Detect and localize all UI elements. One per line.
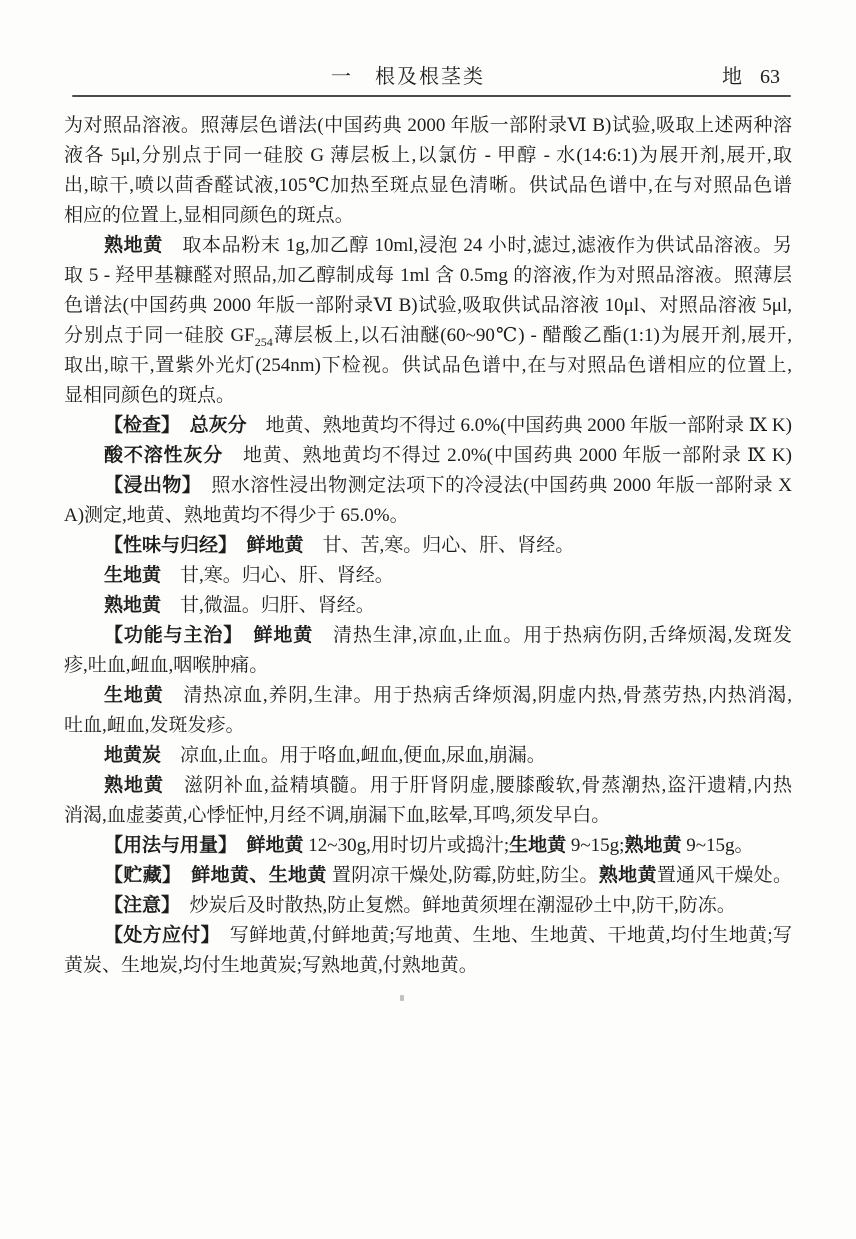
bold-text-segment: 【用法与用量】 [104,835,228,856]
text-line: 相应的位置上,显相同颜色的斑点。 [64,201,792,231]
text-line: 疹,吐血,衄血,咽喉肿痛。 [64,651,792,681]
text-segment: 甘,微温。归肝、肾经。 [161,595,375,616]
header-rule [72,95,791,97]
text-segment: 滋阴补血,益精填髓。用于肝肾阴虚,腰膝酸软,骨蒸潮热,盗汗遗精,内热 [164,775,792,796]
text-body: 为对照品溶液。照薄层色谱法(中国药典 2000 年版一部附录Ⅵ B)试验,吸取上… [64,111,792,981]
bold-text-segment: 【注意】 [104,895,171,916]
text-line: 为对照品溶液。照薄层色谱法(中国药典 2000 年版一部附录Ⅵ B)试验,吸取上… [64,111,792,141]
text-line: 液各 5μl,分别点于同一硅胶 G 薄层板上,以氯仿 - 甲醇 - 水(14:6… [64,141,792,171]
bold-text-segment: 生地黄 [104,565,161,586]
text-segment: 吐血,衄血,发斑发疹。 [64,715,245,736]
text-line: 消渴,血虚萎黄,心悸怔忡,月经不调,崩漏下血,眩晕,耳鸣,须发早白。 [64,801,792,831]
text-segment: 12~30g,用时切片或捣汁; [304,835,510,856]
text-line: 【检查】 总灰分 地黄、熟地黄均不得过 6.0%(中国药典 2000 年版一部附… [64,411,792,441]
bold-text-segment: 总灰分 [190,415,247,436]
bold-text-segment: 熟地黄 [104,775,164,796]
bold-text-segment: 熟地黄 [599,865,657,886]
text-line: 【浸出物】 照水溶性浸出物测定法项下的冷浸法(中国药典 2000 年版一部附录 … [64,471,792,501]
text-segment [234,625,254,646]
text-segment: 甘,寒。归心、肝、肾经。 [161,565,394,586]
text-segment [171,415,190,436]
bold-text-segment: 【浸出物】 [104,475,192,496]
text-segment: 凉血,止血。用于咯血,衄血,便血,尿血,崩漏。 [161,745,546,766]
text-segment: 清热生津,凉血,止血。用于热病伤阴,舌绛烦渴,发斑发 [313,625,792,646]
bold-text-segment: 熟地黄 [104,595,161,616]
text-segment: 出,晾干,喷以茴香醛试液,105℃加热至斑点显色清晰。供试品色谱中,在与对照品色… [64,175,792,196]
text-line: 出,晾干,喷以茴香醛试液,105℃加热至斑点显色清晰。供试品色谱中,在与对照品色… [64,171,792,201]
text-segment [228,535,247,556]
bold-text-segment: 鲜地黄 [247,535,304,556]
text-segment: 置阴凉干燥处,防霉,防蛀,防尘。 [327,865,599,886]
text-segment: 取 5 - 羟甲基糠醛对照品,加乙醇制成每 1ml 含 0.5mg 的溶液,作为… [64,265,792,286]
text-line: 【功能与主治】 鲜地黄 清热生津,凉血,止血。用于热病伤阴,舌绛烦渴,发斑发 [64,621,792,651]
bold-text-segment: 熟地黄 [104,235,163,256]
text-segment: 显相同颜色的斑点。 [64,385,235,406]
text-segment: 9~15g; [566,835,624,856]
bold-text-segment: 鲜地黄 [254,625,314,646]
text-segment [172,865,191,886]
text-line: 取 5 - 羟甲基糠醛对照品,加乙醇制成每 1ml 含 0.5mg 的溶液,作为… [64,261,792,291]
text-segment: 取本品粉末 1g,加乙醇 10ml,浸泡 24 小时,滤过,滤液作为供试品溶液。… [163,235,792,256]
text-segment: 清热凉血,养阴,生津。用于热病舌绛烦渴,阴虚内热,骨蒸劳热,内热消渴, [164,685,792,706]
page-number: 63 [760,66,780,88]
page-header: 一 根及根茎类 地63 [64,60,792,88]
bold-text-segment: 熟地黄 [624,835,681,856]
text-segment: 取出,晾干,置紫外光灯(254nm)下检视。供试品色谱中,在与对照品色谱相应的位… [64,355,792,376]
bold-text-segment: 鲜地黄 [247,835,304,856]
text-line: 分别点于同一硅胶 GF254薄层板上,以石油醚(60~90℃) - 醋酸乙酯(1… [64,321,792,351]
text-segment: 置通风干燥处。 [657,865,792,886]
text-line: 取出,晾干,置紫外光灯(254nm)下检视。供试品色谱中,在与对照品色谱相应的位… [64,351,792,381]
text-segment: 分别点于同一硅胶 GF [64,325,255,346]
text-segment: 甘、苦,寒。归心、肝、肾经。 [304,535,575,556]
text-line: 【性味与归经】 鲜地黄 甘、苦,寒。归心、肝、肾经。 [64,531,792,561]
text-segment: 炒炭后及时散热,防止复燃。鲜地黄须埋在潮湿砂土中,防干,防冻。 [171,895,736,916]
text-line: 【处方应付】 写鲜地黄,付鲜地黄;写地黄、生地、生地黄、干地黄,均付生地黄;写地 [64,921,792,951]
text-line: 生地黄 清热凉血,养阴,生津。用于热病舌绛烦渴,阴虚内热,骨蒸劳热,内热消渴, [64,681,792,711]
page-indicator: 地63 [722,60,780,89]
bold-text-segment: 【处方应付】 [104,925,210,946]
bold-text-segment: 酸不溶性灰分 [104,445,223,466]
text-segment: 疹,吐血,衄血,咽喉肿痛。 [64,655,268,676]
text-line: 【用法与用量】 鲜地黄 12~30g,用时切片或捣汁;生地黄 9~15g;熟地黄… [64,831,792,861]
text-line: 熟地黄 滋阴补血,益精填髓。用于肝肾阴虚,腰膝酸软,骨蒸潮热,盗汗遗精,内热 [64,771,792,801]
text-line: 色谱法(中国药典 2000 年版一部附录Ⅵ B)试验,吸取供试品溶液 10μl、… [64,291,792,321]
text-line: 【贮藏】 鲜地黄、生地黄 置阴凉干燥处,防霉,防蛀,防尘。熟地黄置通风干燥处。 [64,861,792,891]
text-segment [228,835,247,856]
text-segment: 色谱法(中国药典 2000 年版一部附录Ⅵ B)试验,吸取供试品溶液 10μl、… [64,295,792,316]
text-segment: 地黄、熟地黄均不得过 2.0%(中国药典 2000 年版一部附录 Ⅸ K) [223,445,792,466]
text-segment: A)测定,地黄、熟地黄均不得少于 65.0%。 [64,505,409,526]
text-line: 熟地黄 甘,微温。归肝、肾经。 [64,591,792,621]
bold-text-segment: 生地黄 [509,835,566,856]
text-segment: 薄层板上,以石油醚(60~90℃) - 醋酸乙酯(1:1)为展开剂,展开, [273,325,792,346]
bold-text-segment: 地黄炭 [104,745,161,766]
text-segment: 照水溶性浸出物测定法项下的冷浸法(中国药典 2000 年版一部附录 X [192,475,792,496]
text-segment: 相应的位置上,显相同颜色的斑点。 [64,205,354,226]
bold-text-segment: 生地黄 [104,685,164,706]
text-segment: 为对照品溶液。照薄层色谱法(中国药典 2000 年版一部附录Ⅵ B)试验,吸取上… [64,115,792,136]
text-line: 熟地黄 取本品粉末 1g,加乙醇 10ml,浸泡 24 小时,滤过,滤液作为供试… [64,231,792,261]
text-segment: 地黄、熟地黄均不得过 6.0%(中国药典 2000 年版一部附录 Ⅸ K) [247,415,792,436]
subscript-text: 254 [255,335,273,349]
bold-text-segment: 【性味与归经】 [104,535,228,556]
bold-text-segment: 【检查】 [104,415,171,436]
text-line: A)测定,地黄、熟地黄均不得少于 65.0%。 [64,501,792,531]
text-line: 黄炭、生地炭,均付生地黄炭;写熟地黄,付熟地黄。 [64,951,792,981]
text-segment: 9~15g。 [681,835,753,856]
text-segment: 液各 5μl,分别点于同一硅胶 G 薄层板上,以氯仿 - 甲醇 - 水(14:6… [64,145,792,166]
page-index-label: 地 [722,66,742,88]
document-page: 一 根及根茎类 地63 为对照品溶液。照薄层色谱法(中国药典 2000 年版一部… [0,0,856,1239]
text-line: 地黄炭 凉血,止血。用于咯血,衄血,便血,尿血,崩漏。 [64,741,792,771]
text-line: 酸不溶性灰分 地黄、熟地黄均不得过 2.0%(中国药典 2000 年版一部附录 … [64,441,792,471]
bold-text-segment: 【贮藏】 [104,865,172,886]
text-line: 生地黄 甘,寒。归心、肝、肾经。 [64,561,792,591]
scan-artifact [400,995,404,1001]
text-line: 吐血,衄血,发斑发疹。 [64,711,792,741]
section-title: 一 根及根茎类 [64,60,752,89]
text-segment: 黄炭、生地炭,均付生地黄炭;写熟地黄,付熟地黄。 [64,955,478,976]
text-line: 【注意】 炒炭后及时散热,防止复燃。鲜地黄须埋在潮湿砂土中,防干,防冻。 [64,891,792,921]
text-segment: 消渴,血虚萎黄,心悸怔忡,月经不调,崩漏下血,眩晕,耳鸣,须发早白。 [64,805,610,826]
bold-text-segment: 【功能与主治】 [104,625,234,646]
text-line: 显相同颜色的斑点。 [64,381,792,411]
bold-text-segment: 鲜地黄、生地黄 [191,865,326,886]
